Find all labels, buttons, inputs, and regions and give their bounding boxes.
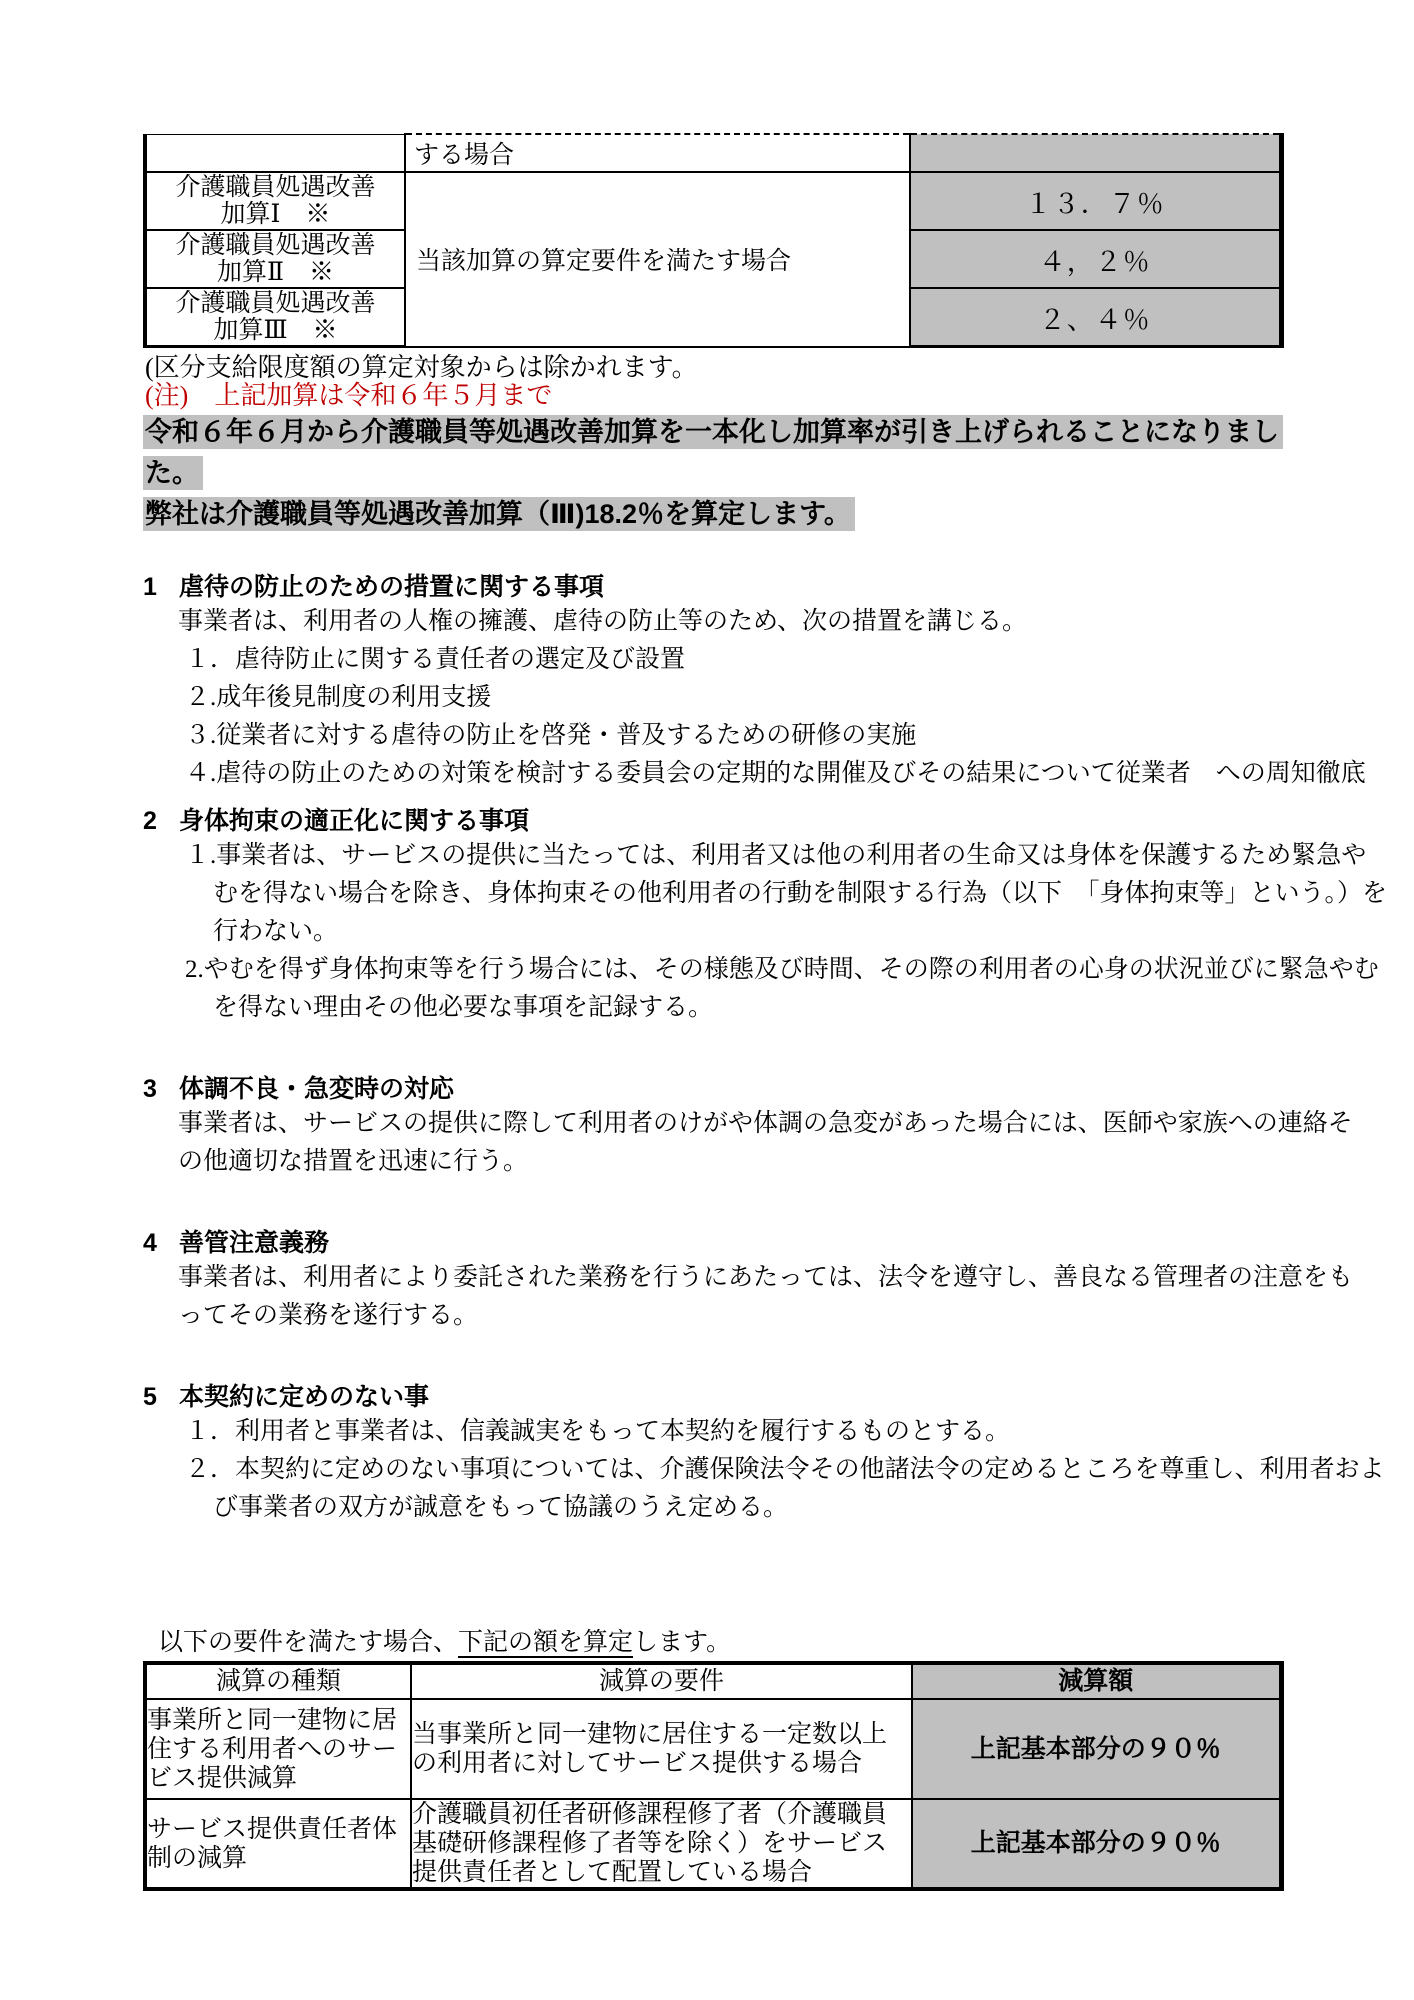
rate-cell: １３．７％ (910, 172, 1281, 230)
reduction-requirement-cell: 介護職員初任者研修課程修了者（介護職員基礎研修課程修了者等を除く）をサービス提供… (411, 1799, 912, 1889)
section-heading: 5本契約に定めのない事 (143, 1381, 1358, 1413)
highlight-notice-line1: 令和６年６月から介護職員等処遇改善加算を一本化し加算率が引き上げられることになり… (143, 414, 1414, 455)
section-4: 4善管注意義務 事業者は、利用者により委託された業務を行うにあたっては、法令を遵… (143, 1227, 1358, 1335)
section-number: 5 (143, 1381, 179, 1413)
list-item: ４.虐待の防止のための対策を検討する委員会の定期的な開催及びその結果について従業… (185, 755, 1388, 793)
reduction-table: 減算の種類 減算の要件 減算額 事業所と同一建物に居住する利用者へのサービス提供… (143, 1661, 1284, 1891)
reduction-amount-cell: 上記基本部分の９０％ (912, 1799, 1281, 1889)
table-row: サービス提供責任者体制の減算 介護職員初任者研修課程修了者（介護職員基礎研修課程… (145, 1799, 1281, 1889)
section-title: 体調不良・急変時の対応 (179, 1075, 454, 1103)
list-item: ２.成年後見制度の利用支援 (185, 679, 1388, 717)
section-title: 善管注意義務 (179, 1229, 329, 1257)
rate-cell: ２、４％ (910, 288, 1281, 347)
section-heading: 4善管注意義務 (143, 1227, 1358, 1259)
addition-name-cell-empty (145, 134, 405, 172)
red-note: (注) 上記加算は令和６年５月まで (145, 382, 1414, 410)
section-2: 2身体拘束の適正化に関する事項 １.事業者は、サービスの提供に当たっては、利用者… (143, 805, 1358, 1027)
section-heading: 3体調不良・急変時の対応 (143, 1073, 1358, 1105)
table-row: する場合 (145, 134, 1281, 172)
header-reduction-type: 減算の種類 (145, 1663, 411, 1699)
header-reduction-requirement: 減算の要件 (411, 1663, 912, 1699)
addition-name-line1: 介護職員処遇改善 (147, 232, 404, 259)
list-item: ２．本契約に定めのない事項については、介護保険法令その他諸法令の定めるところを尊… (185, 1451, 1388, 1527)
addition-name-line2: 加算Ⅰ ※ (147, 201, 404, 228)
reduction-intro: 以下の要件を満たす場合、下記の額を算定します。 (158, 1627, 1414, 1659)
section-5: 5本契約に定めのない事 １．利用者と事業者は、信義誠実をもって本契約を履行するも… (143, 1381, 1358, 1527)
section-number: 2 (143, 805, 179, 837)
reduction-type-cell: サービス提供責任者体制の減算 (145, 1799, 411, 1889)
section-body: 事業者は、サービスの提供に際して利用者のけがや体調の急変があった場合には、医師や… (178, 1105, 1353, 1181)
addition-name-line2: 加算Ⅱ ※ (147, 259, 404, 286)
section-intro: 事業者は、利用者の人権の擁護、虐待の防止等のため、次の措置を講じる。 (178, 603, 1353, 641)
rate-cell: ４，２％ (910, 230, 1281, 288)
addition-name-line2: 加算Ⅲ ※ (147, 317, 404, 344)
list-item: 2.やむを得ず身体拘束等を行う場合には、その様態及び時間、その際の利用者の心身の… (185, 951, 1388, 1027)
highlight-text: 弊社は介護職員等処遇改善加算（Ⅲ)18.2％を算定します。 (143, 497, 855, 531)
section-title: 本契約に定めのない事 (179, 1383, 429, 1411)
list-item: ３.従業者に対する虐待の防止を啓発・普及するための研修の実施 (185, 717, 1388, 755)
section-heading: 2身体拘束の適正化に関する事項 (143, 805, 1358, 837)
reduction-intro-underlined: 下記の額を算定 (458, 1629, 633, 1658)
highlight-notice-line2: た。 (143, 455, 1414, 496)
condition-tail-cell: する場合 (405, 134, 910, 172)
addition-name-cell: 介護職員処遇改善 加算Ⅰ ※ (145, 172, 405, 230)
reduction-requirement-cell: 当事業所と同一建物に居住する一定数以上の利用者に対してサービス提供する場合 (411, 1699, 912, 1799)
reduction-amount-cell: 上記基本部分の９０％ (912, 1699, 1281, 1799)
addition-name-line1: 介護職員処遇改善 (147, 290, 404, 317)
table-row: 介護職員処遇改善 加算Ⅰ ※ 当該加算の算定要件を満たす場合 １３．７％ (145, 172, 1281, 230)
addition-name-line1: 介護職員処遇改善 (147, 174, 404, 201)
section-body: 事業者は、利用者により委託された業務を行うにあたっては、法令を遵守し、善良なる管… (178, 1259, 1353, 1335)
exclusion-note: (区分支給限度額の算定対象からは除かれます。 (145, 354, 1414, 382)
reduction-intro-prefix: 以下の要件を満たす場合、 (158, 1629, 458, 1656)
section-title: 身体拘束の適正化に関する事項 (179, 807, 529, 835)
addition-name-cell: 介護職員処遇改善 加算Ⅱ ※ (145, 230, 405, 288)
list-item: １．虐待防止に関する責任者の選定及び設置 (185, 641, 1388, 679)
section-number: 1 (143, 571, 179, 603)
section-title: 虐待の防止のための措置に関する事項 (179, 573, 604, 601)
reduction-intro-suffix: します。 (633, 1629, 731, 1656)
reduction-type-cell: 事業所と同一建物に居住する利用者へのサービス提供減算 (145, 1699, 411, 1799)
highlight-text: 令和６年６月から介護職員等処遇改善加算を一本化し加算率が引き上げられることになり… (143, 415, 1283, 449)
addition-name-cell: 介護職員処遇改善 加算Ⅲ ※ (145, 288, 405, 347)
section-heading: 1虐待の防止のための措置に関する事項 (143, 571, 1358, 603)
header-reduction-amount: 減算額 (912, 1663, 1281, 1699)
table-header-row: 減算の種類 減算の要件 減算額 (145, 1663, 1281, 1699)
section-number: 4 (143, 1227, 179, 1259)
highlight-notice-line3: 弊社は介護職員等処遇改善加算（Ⅲ)18.2％を算定します。 (143, 496, 1414, 537)
rate-cell-empty (910, 134, 1281, 172)
highlight-text: た。 (143, 456, 203, 490)
section-3: 3体調不良・急変時の対応 事業者は、サービスの提供に際して利用者のけがや体調の急… (143, 1073, 1358, 1181)
page-top-margin (0, 0, 1414, 133)
condition-cell: 当該加算の算定要件を満たす場合 (405, 172, 910, 347)
table-row: 事業所と同一建物に居住する利用者へのサービス提供減算 当事業所と同一建物に居住す… (145, 1699, 1281, 1799)
section-number: 3 (143, 1073, 179, 1105)
section-1: 1虐待の防止のための措置に関する事項 事業者は、利用者の人権の擁護、虐待の防止等… (143, 571, 1358, 793)
list-item: １.事業者は、サービスの提供に当たっては、利用者又は他の利用者の生命又は身体を保… (185, 837, 1388, 951)
addition-rate-table: する場合 介護職員処遇改善 加算Ⅰ ※ 当該加算の算定要件を満たす場合 １３．７… (143, 133, 1284, 348)
list-item: １．利用者と事業者は、信義誠実をもって本契約を履行するものとする。 (185, 1413, 1388, 1451)
